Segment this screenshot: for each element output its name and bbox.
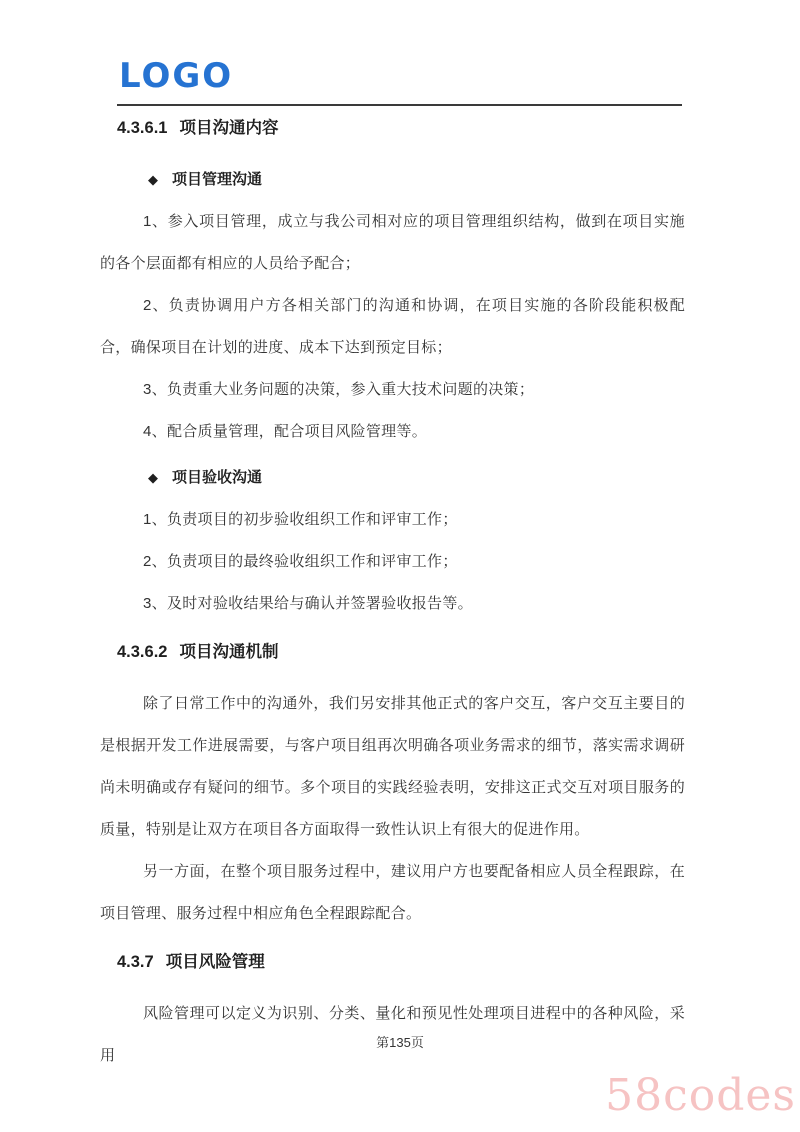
bullet-item: ◆项目管理沟通 — [148, 159, 685, 201]
paragraph: 3、负责重大业务问题的决策，参入重大技术问题的决策； — [100, 369, 685, 411]
page-number: 第135页 — [0, 1033, 800, 1053]
bullet-label: 项目管理沟通 — [172, 171, 262, 188]
paragraph: 1、负责项目的初步验收组织工作和评审工作； — [100, 499, 685, 541]
section-title: 项目沟通内容 — [179, 119, 278, 137]
document-page: LOGO 4.3.6.1项目沟通内容◆项目管理沟通1、参入项目管理，成立与我公司… — [0, 0, 800, 1132]
section-title: 项目风险管理 — [166, 953, 265, 971]
section-heading: 4.3.6.2项目沟通机制 — [117, 631, 685, 673]
diamond-bullet-icon: ◆ — [148, 172, 158, 187]
paragraph: 2、负责协调用户方各相关部门的沟通和协调，在项目实施的各阶段能积极配合，确保项目… — [100, 285, 685, 369]
bullet-item: ◆项目验收沟通 — [148, 457, 685, 499]
section-heading: 4.3.7项目风险管理 — [117, 941, 685, 983]
paragraph: 另一方面，在整个项目服务过程中，建议用户方也要配备相应人员全程跟踪，在项目管理、… — [100, 851, 685, 935]
paragraph: 3、及时对验收结果给与确认并签署验收报告等。 — [100, 583, 685, 625]
paragraph: 除了日常工作中的沟通外，我们另安排其他正式的客户交互，客户交互主要目的是根据开发… — [100, 683, 685, 851]
section-heading: 4.3.6.1项目沟通内容 — [117, 107, 685, 149]
section-number: 4.3.6.1 — [117, 119, 167, 137]
bullet-label: 项目验收沟通 — [172, 469, 262, 486]
paragraph: 4、配合质量管理，配合项目风险管理等。 — [100, 411, 685, 453]
section-number: 4.3.6.2 — [117, 643, 167, 661]
document-body: 4.3.6.1项目沟通内容◆项目管理沟通1、参入项目管理，成立与我公司相对应的项… — [100, 107, 685, 1077]
diamond-bullet-icon: ◆ — [148, 470, 158, 485]
header-divider — [117, 104, 682, 106]
watermark-text: 58codes — [605, 1070, 796, 1121]
paragraph: 2、负责项目的最终验收组织工作和评审工作； — [100, 541, 685, 583]
company-logo: LOGO — [119, 56, 233, 96]
section-number: 4.3.7 — [117, 953, 154, 971]
paragraph: 1、参入项目管理，成立与我公司相对应的项目管理组织结构，做到在项目实施的各个层面… — [100, 201, 685, 285]
section-title: 项目沟通机制 — [179, 643, 278, 661]
